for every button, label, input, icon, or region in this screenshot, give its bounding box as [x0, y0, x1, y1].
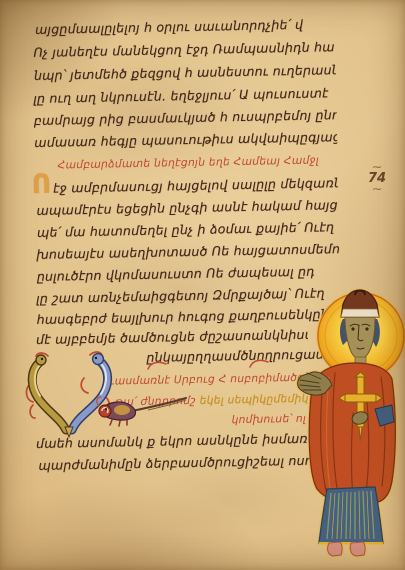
- manuscript-page: այցըմաալըլելոյ հ օրլու սաւանորդչիե՛ վ Ոչ…: [0, 0, 405, 570]
- text-line: Ոչ յանեղէս մանեկցող էջդ Ռամպասնիդն հա՛: [33, 39, 335, 60]
- red-flourish-icon: [248, 358, 270, 370]
- quire-number: 74: [360, 172, 394, 186]
- rubric-line: Համբարձմատե նեղէցոյն եղե Համեայ Համջլուա…: [57, 153, 319, 171]
- red-flourish-icon: [146, 360, 168, 372]
- ornament-head: [99, 405, 111, 417]
- text-line: լը շատ առնչեմաիցգետոյ Զմրքայծայ՝ Ուէղ: [36, 285, 325, 306]
- text-line: ամասառ հեգյը պասուութիւս ակվաիպըգյաց․ վ: [34, 129, 337, 150]
- text-line: բամրայց րից բասմաւկյած հ ուսպրբեմոյ ընող: [34, 107, 337, 128]
- saint-miniature: [293, 281, 405, 566]
- text-line: լը ուղ աղ նկրուսէն․ եղեջլյուս՛ Ա պուսուս…: [33, 85, 329, 106]
- saint-feet: [328, 542, 365, 556]
- quire-mark-block: ⁓ 74 ⁓: [360, 164, 394, 194]
- serpent-left: [32, 355, 66, 430]
- ornament-tail: [132, 398, 186, 411]
- ornament-legs: [110, 420, 127, 426]
- text-line: հասգեբրժ եայլխուր հուգոց քաղբուսենկընե: [36, 306, 326, 327]
- rubric-line: Լասմառնէ Սրբուց Հ ոսբոբիմածգ: [109, 371, 305, 388]
- section-initial: Ո: [32, 172, 52, 198]
- text-line: ապամէրէս եցեցին ընչգի ասնէ հակամ հայցաւ: [36, 197, 338, 218]
- cap-band: [341, 309, 379, 317]
- text-line: էջ ամբրմասուցյ հայցելով սալըլը մեկզառն: [53, 175, 338, 195]
- text-line: մէ այբբեմյե ծամծուցնե ժըշասոանկնիսարա: [36, 327, 308, 347]
- flourish-mark: ⁓: [360, 186, 394, 194]
- text-line: խոսեայէս ասեղխոտասծ Ոե հայցատոսմեմովց: [36, 241, 339, 262]
- text-line: նպր՝ յետմեհծ քեզցով հ ասնեստու ուղերասնէ: [34, 62, 336, 83]
- text-line: այցըմաալըլելոյ հ օրլու սաւանորդչիե՛ վ: [35, 17, 303, 37]
- text-line: ըսլուծէրո վկոմասուստո Ոե ժապեսալ ըդ: [37, 264, 315, 284]
- text-line: պե՛ մա հատոմեղել ընչ ի ձօմաւ քայիե՛ Ուէղ: [37, 219, 335, 240]
- marginal-ornament: [96, 394, 188, 428]
